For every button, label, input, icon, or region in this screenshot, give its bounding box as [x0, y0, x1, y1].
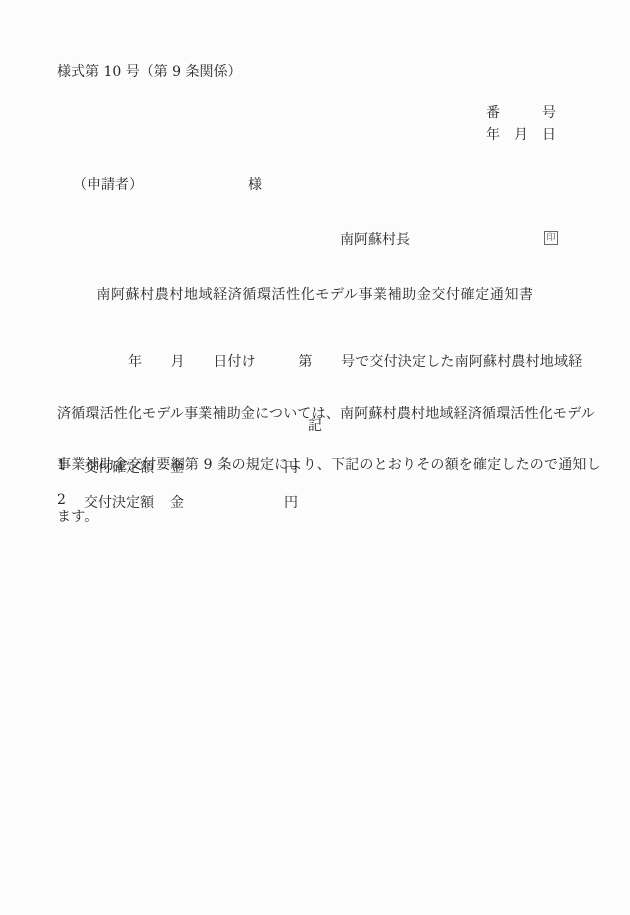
date-line: 年 月 日 [486, 128, 556, 143]
body-paragraph: 年 月 日付け 第 号で交付決定した南阿蘇村農村地域経 済循環活性化モデル事業補… [57, 322, 597, 559]
notification-document-page: 様式第 10 号（第 9 条関係） 番 号 年 月 日 （申請者） 様 南阿蘇村… [0, 0, 630, 915]
seal-placeholder-icon: 印 [544, 231, 558, 245]
sender-title: 南阿蘇村長 [340, 233, 410, 248]
section-marker: 記 [0, 419, 630, 434]
body-line-1: 年 月 日付け 第 号で交付決定した南阿蘇村農村地域経 [57, 352, 597, 374]
item-1-currency: 金 [170, 457, 184, 477]
item-2-unit: 円 [284, 492, 298, 512]
item-2-label: 交付決定額 [84, 492, 154, 512]
item-1-unit: 円 [284, 457, 298, 477]
reference-number-line: 番 号 [486, 106, 556, 121]
addressee-label: （申請者） [73, 178, 143, 193]
item-1-label: 交付確定額 [84, 457, 154, 477]
item-1-number: 1 [57, 457, 66, 473]
item-2-number: 2 [57, 492, 66, 508]
addressee-honorific: 様 [248, 178, 262, 193]
item-2-currency: 金 [170, 492, 184, 512]
form-number: 様式第 10 号（第 9 条関係） [57, 65, 242, 80]
document-title: 南阿蘇村農村地域経済循環活性化モデル事業補助金交付確定通知書 [0, 288, 630, 303]
